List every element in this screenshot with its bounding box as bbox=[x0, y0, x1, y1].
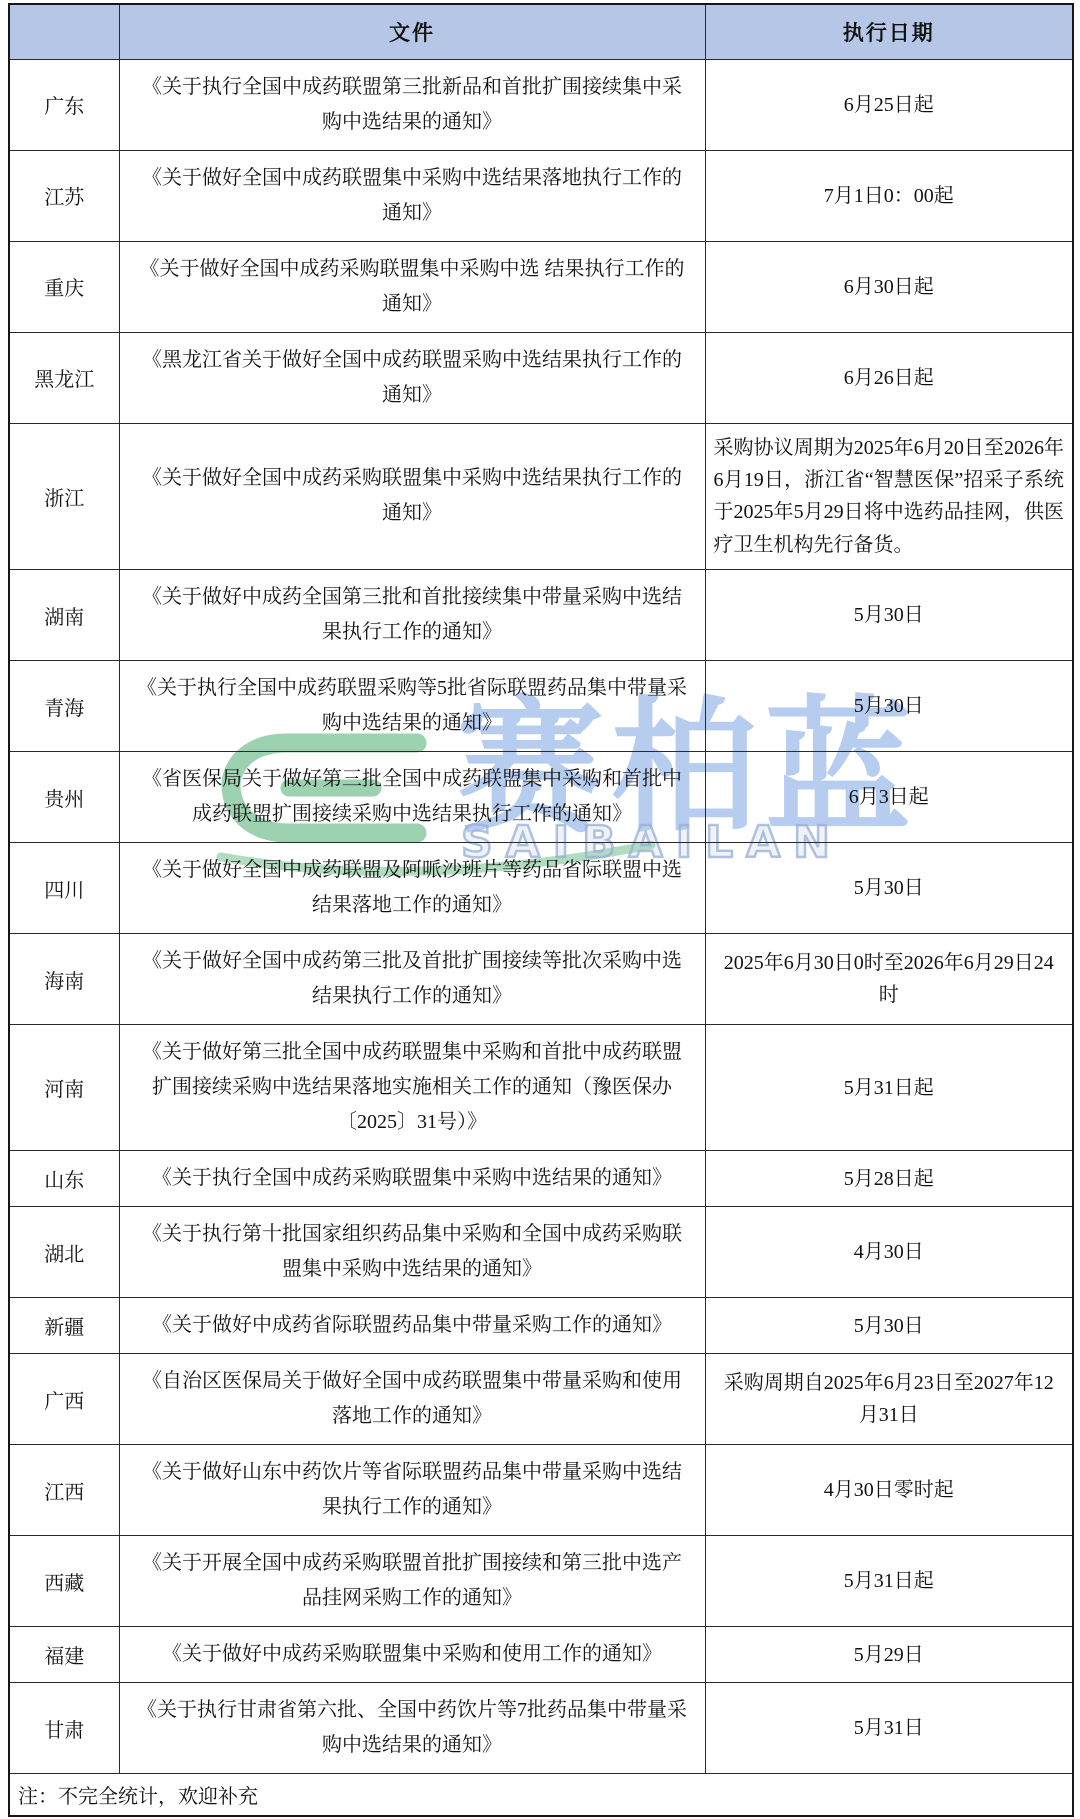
file-cell: 《关于做好中成药采购联盟集中采购和使用工作的通知》 bbox=[119, 1627, 705, 1683]
table-row: 四川《关于做好全国中成药联盟及阿哌沙班片等药品省际联盟中选结果落地工作的通知》5… bbox=[9, 843, 1073, 934]
table-row: 贵州《省医保局关于做好第三批全国中成药联盟集中采购和首批中成药联盟扩围接续采购中… bbox=[9, 752, 1073, 843]
file-cell: 《关于执行全国中成药联盟采购等5批省际联盟药品集中带量采购中选结果的通知》 bbox=[119, 661, 705, 752]
date-cell: 6月26日起 bbox=[705, 332, 1073, 423]
file-cell: 《关于执行全国中成药联盟第三批新品和首批扩围接续集中采购中选结果的通知》 bbox=[119, 59, 705, 150]
province-cell: 四川 bbox=[9, 843, 119, 934]
file-cell: 《关于做好全国中成药联盟及阿哌沙班片等药品省际联盟中选结果落地工作的通知》 bbox=[119, 843, 705, 934]
province-cell: 江西 bbox=[9, 1445, 119, 1536]
file-cell: 《关于做好中成药全国第三批和首批接续集中带量采购中选结果执行工作的通知》 bbox=[119, 570, 705, 661]
file-cell: 《关于做好全国中成药采购联盟集中采购中选结果执行工作的通知》 bbox=[119, 423, 705, 570]
date-cell: 5月30日 bbox=[705, 661, 1073, 752]
header-row: 文件 执行日期 bbox=[9, 4, 1073, 59]
date-cell: 6月3日起 bbox=[705, 752, 1073, 843]
file-cell: 《省医保局关于做好第三批全国中成药联盟集中采购和首批中成药联盟扩围接续采购中选结… bbox=[119, 752, 705, 843]
table-row: 青海《关于执行全国中成药联盟采购等5批省际联盟药品集中带量采购中选结果的通知》5… bbox=[9, 661, 1073, 752]
province-cell: 新疆 bbox=[9, 1298, 119, 1354]
province-cell: 福建 bbox=[9, 1627, 119, 1683]
table-row: 西藏《关于开展全国中成药采购联盟首批扩围接续和第三批中选产品挂网采购工作的通知》… bbox=[9, 1536, 1073, 1627]
file-cell: 《关于做好全国中成药采购联盟集中采购中选 结果执行工作的通知》 bbox=[119, 241, 705, 332]
date-cell: 采购周期自2025年6月23日至2027年12月31日 bbox=[705, 1354, 1073, 1445]
date-cell: 5月30日 bbox=[705, 843, 1073, 934]
date-cell: 5月31日起 bbox=[705, 1025, 1073, 1151]
table-row: 黑龙江《黑龙江省关于做好全国中成药联盟采购中选结果执行工作的通知》6月26日起 bbox=[9, 332, 1073, 423]
file-cell: 《关于做好全国中成药联盟集中采购中选结果落地执行工作的通知》 bbox=[119, 150, 705, 241]
header-date: 执行日期 bbox=[705, 4, 1073, 59]
table-row: 广东《关于执行全国中成药联盟第三批新品和首批扩围接续集中采购中选结果的通知》6月… bbox=[9, 59, 1073, 150]
province-cell: 贵州 bbox=[9, 752, 119, 843]
table-row: 重庆《关于做好全国中成药采购联盟集中采购中选 结果执行工作的通知》6月30日起 bbox=[9, 241, 1073, 332]
file-cell: 《关于做好全国中成药第三批及首批扩围接续等批次采购中选结果执行工作的通知》 bbox=[119, 934, 705, 1025]
table-row: 浙江《关于做好全国中成药采购联盟集中采购中选结果执行工作的通知》采购协议周期为2… bbox=[9, 423, 1073, 570]
date-cell: 5月31日 bbox=[705, 1683, 1073, 1774]
table-row: 湖南《关于做好中成药全国第三批和首批接续集中带量采购中选结果执行工作的通知》5月… bbox=[9, 570, 1073, 661]
province-cell: 广西 bbox=[9, 1354, 119, 1445]
file-cell: 《关于做好山东中药饮片等省际联盟药品集中带量采购中选结果执行工作的通知》 bbox=[119, 1445, 705, 1536]
date-cell: 4月30日零时起 bbox=[705, 1445, 1073, 1536]
file-cell: 《关于执行全国中成药采购联盟集中采购中选结果的通知》 bbox=[119, 1151, 705, 1207]
date-cell: 6月30日起 bbox=[705, 241, 1073, 332]
date-cell: 4月30日 bbox=[705, 1207, 1073, 1298]
file-cell: 《关于开展全国中成药采购联盟首批扩围接续和第三批中选产品挂网采购工作的通知》 bbox=[119, 1536, 705, 1627]
date-cell: 6月25日起 bbox=[705, 59, 1073, 150]
province-cell: 西藏 bbox=[9, 1536, 119, 1627]
file-cell: 《关于执行甘肃省第六批、全国中药饮片等7批药品集中带量采购中选结果的通知》 bbox=[119, 1683, 705, 1774]
table-header: 文件 执行日期 bbox=[9, 4, 1073, 59]
province-cell: 黑龙江 bbox=[9, 332, 119, 423]
header-province bbox=[9, 4, 119, 59]
file-cell: 《自治区医保局关于做好全国中成药联盟集中带量采购和使用落地工作的通知》 bbox=[119, 1354, 705, 1445]
table-row: 江西《关于做好山东中药饮片等省际联盟药品集中带量采购中选结果执行工作的通知》4月… bbox=[9, 1445, 1073, 1536]
page: 赛柏蓝 SAIBAILAN 文件 执行日期 广东《关于执行全国中成药联盟第三批新… bbox=[0, 0, 1080, 1819]
date-cell: 5月29日 bbox=[705, 1627, 1073, 1683]
province-cell: 重庆 bbox=[9, 241, 119, 332]
table-body: 广东《关于执行全国中成药联盟第三批新品和首批扩围接续集中采购中选结果的通知》6月… bbox=[9, 59, 1073, 1774]
province-cell: 湖南 bbox=[9, 570, 119, 661]
province-cell: 江苏 bbox=[9, 150, 119, 241]
date-cell: 2025年6月30日0时至2026年6月29日24时 bbox=[705, 934, 1073, 1025]
date-cell: 7月1日0：00起 bbox=[705, 150, 1073, 241]
province-cell: 湖北 bbox=[9, 1207, 119, 1298]
table-row: 福建《关于做好中成药采购联盟集中采购和使用工作的通知》5月29日 bbox=[9, 1627, 1073, 1683]
file-cell: 《关于做好第三批全国中成药联盟集中采购和首批中成药联盟扩围接续采购中选结果落地实… bbox=[119, 1025, 705, 1151]
province-cell: 青海 bbox=[9, 661, 119, 752]
table-row: 海南《关于做好全国中成药第三批及首批扩围接续等批次采购中选结果执行工作的通知》2… bbox=[9, 934, 1073, 1025]
province-cell: 甘肃 bbox=[9, 1683, 119, 1774]
table-row: 广西《自治区医保局关于做好全国中成药联盟集中带量采购和使用落地工作的通知》采购周… bbox=[9, 1354, 1073, 1445]
note-row: 注：不完全统计，欢迎补充 bbox=[9, 1774, 1073, 1817]
table-row: 湖北《关于执行第十批国家组织药品集中采购和全国中成药采购联盟集中采购中选结果的通… bbox=[9, 1207, 1073, 1298]
table-row: 甘肃《关于执行甘肃省第六批、全国中药饮片等7批药品集中带量采购中选结果的通知》5… bbox=[9, 1683, 1073, 1774]
province-cell: 河南 bbox=[9, 1025, 119, 1151]
footnote: 注：不完全统计，欢迎补充 bbox=[9, 1774, 1073, 1817]
date-cell: 5月28日起 bbox=[705, 1151, 1073, 1207]
file-cell: 《关于执行第十批国家组织药品集中采购和全国中成药采购联盟集中采购中选结果的通知》 bbox=[119, 1207, 705, 1298]
date-cell: 5月30日 bbox=[705, 1298, 1073, 1354]
date-cell: 5月31日起 bbox=[705, 1536, 1073, 1627]
province-cell: 浙江 bbox=[9, 423, 119, 570]
table-row: 河南《关于做好第三批全国中成药联盟集中采购和首批中成药联盟扩围接续采购中选结果落… bbox=[9, 1025, 1073, 1151]
file-cell: 《黑龙江省关于做好全国中成药联盟采购中选结果执行工作的通知》 bbox=[119, 332, 705, 423]
table-row: 江苏《关于做好全国中成药联盟集中采购中选结果落地执行工作的通知》7月1日0：00… bbox=[9, 150, 1073, 241]
table-footer: 注：不完全统计，欢迎补充 bbox=[9, 1774, 1073, 1817]
procurement-table: 文件 执行日期 广东《关于执行全国中成药联盟第三批新品和首批扩围接续集中采购中选… bbox=[8, 3, 1074, 1817]
file-cell: 《关于做好中成药省际联盟药品集中带量采购工作的通知》 bbox=[119, 1298, 705, 1354]
table-row: 山东《关于执行全国中成药采购联盟集中采购中选结果的通知》5月28日起 bbox=[9, 1151, 1073, 1207]
date-cell: 采购协议周期为2025年6月20日至2026年6月19日，浙江省“智慧医保”招采… bbox=[705, 423, 1073, 570]
table-row: 新疆《关于做好中成药省际联盟药品集中带量采购工作的通知》5月30日 bbox=[9, 1298, 1073, 1354]
date-cell: 5月30日 bbox=[705, 570, 1073, 661]
province-cell: 山东 bbox=[9, 1151, 119, 1207]
province-cell: 广东 bbox=[9, 59, 119, 150]
province-cell: 海南 bbox=[9, 934, 119, 1025]
header-file: 文件 bbox=[119, 4, 705, 59]
